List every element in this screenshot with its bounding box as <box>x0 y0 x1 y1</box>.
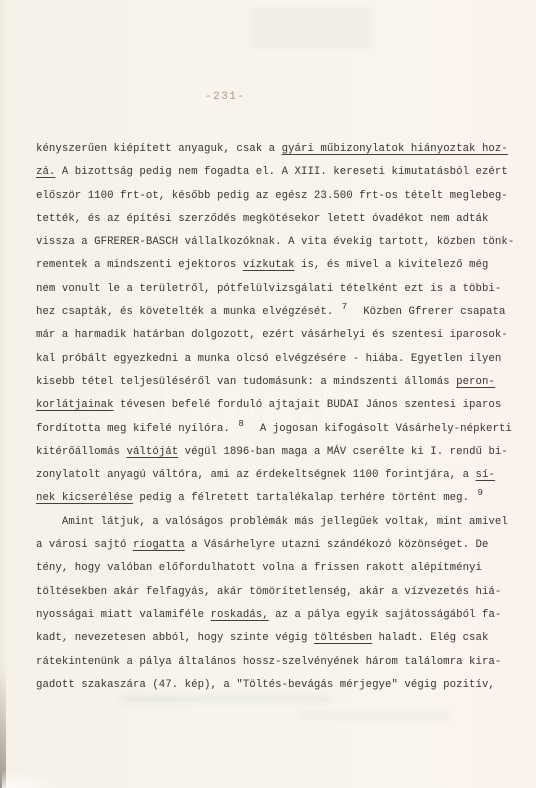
body-text: kényszerűen kiépített anyaguk, csak a <box>36 143 282 155</box>
page-showthrough-mark <box>300 712 450 719</box>
body-text: Közben Gfrerer csapata <box>350 306 505 318</box>
text-line: kényszerűen kiépített anyaguk, csak a gy… <box>36 138 522 161</box>
body-text: zonylatolt anyagú váltóra, ami az érdeke… <box>36 469 476 481</box>
text-line: nem vonult le a területről, pótfelülvizs… <box>36 278 522 301</box>
text-line: korlátjainak tévesen befelé forduló ajta… <box>36 394 522 417</box>
text-line: zonylatolt anyagú váltóra, ami az érdeke… <box>36 464 522 487</box>
body-text: rementek a mindszenti ejektoros <box>36 259 243 271</box>
underlined-text: gyári műbizonylatok hiányoztak hoz- <box>282 143 508 155</box>
text-line: rátekintenünk a pálya általános hossz-sz… <box>36 651 522 674</box>
body-text: kadt, nevezetesen abból, hogy szinte vég… <box>36 632 314 644</box>
underlined-text: peron- <box>456 376 495 388</box>
body-text: először 1100 frt-ot, később pedig az egé… <box>36 190 508 202</box>
text-line: rementek a mindszenti ejektoros vízkutak… <box>36 254 522 277</box>
text-line: nyosságai miatt valamiféle roskadás, az … <box>36 604 522 627</box>
text-line: kadt, nevezetesen abból, hogy szinte vég… <box>36 627 522 650</box>
scanned-page: -231- oslapa.hu kényszerűen kiépített an… <box>0 0 536 788</box>
body-text: a városi sajtó <box>36 539 133 551</box>
underlined-text: riogatta <box>133 539 185 551</box>
text-line: tény, hogy valóban előfordulhatott volna… <box>36 557 522 580</box>
body-text: kisebb tétel teljesüléséről van tudomásu… <box>36 376 456 388</box>
body-text: hez csapták, és követelték a munka elvég… <box>36 306 340 318</box>
footnote-reference: 9 <box>478 482 484 505</box>
body-text: A bizottság pedig nem fogadta el. A XIII… <box>55 166 507 178</box>
body-text: a Vásárhelyre utazni szándékozó közönség… <box>185 539 489 551</box>
underlined-text: roskadás, <box>211 609 269 621</box>
text-line: zá. A bizottság pedig nem fogadta el. A … <box>36 161 522 184</box>
underlined-text: töltésben <box>314 632 372 644</box>
text-line: Amint látjuk, a valóságos problémák más … <box>36 511 522 534</box>
body-text: A jogosan kifogásolt Vásárhely-népkerti <box>247 423 512 435</box>
body-text: az a pálya egyik sajátosságából fa- <box>269 609 502 621</box>
body-text: is, és mivel a kivitelező még <box>295 259 489 271</box>
underlined-text: zá. <box>36 166 55 178</box>
text-line: tették, és az építési szerződés megkötés… <box>36 208 522 231</box>
text-line: nek kicserélése pedig a félretett tartal… <box>36 487 522 510</box>
underlined-text: korlátjainak <box>36 399 114 411</box>
underlined-text: vízkutak <box>243 259 295 271</box>
text-line: először 1100 frt-ot, később pedig az egé… <box>36 185 522 208</box>
body-text: nem vonult le a területről, pótfelülvizs… <box>36 283 501 295</box>
body-text: vissza a GFRERER-BASCH vállalkozóknak. A… <box>36 236 514 248</box>
text-line: hez csapták, és követelték a munka elvég… <box>36 301 522 324</box>
body-text: kitérőállomás <box>36 446 127 458</box>
text-line: kal próbált egyezkedni a munka olcsó elv… <box>36 348 522 371</box>
body-text: már a harmadik határban dolgozott, ezért… <box>36 329 508 341</box>
text-block: kényszerűen kiépített anyaguk, csak a gy… <box>36 138 522 697</box>
body-text: Amint látjuk, a valóságos problémák más … <box>36 516 508 528</box>
page-showthrough-mark <box>250 8 370 48</box>
body-text: töltésekben akár felfagyás, akár tömörít… <box>36 586 501 598</box>
underlined-text: sí- <box>476 469 495 481</box>
page-corner-highlight <box>2 770 62 788</box>
body-text: tévesen befelé forduló ajtajait BUDAI Já… <box>114 399 502 411</box>
text-line: kitérőállomás váltóját végül 1896-ban ma… <box>36 441 522 464</box>
text-line: fordította meg kifelé nyílóra. 8 A jogos… <box>36 418 522 441</box>
scan-edge-shadow <box>0 668 6 788</box>
text-line: töltésekben akár felfagyás, akár tömörít… <box>36 581 522 604</box>
page-number: -231- <box>205 91 246 103</box>
footnote-reference: 7 <box>342 296 348 319</box>
footnote-reference: 8 <box>238 413 244 436</box>
underlined-text: váltóját <box>127 446 179 458</box>
text-line: kisebb tétel teljesüléséről van tudomásu… <box>36 371 522 394</box>
text-line: már a harmadik határban dolgozott, ezért… <box>36 324 522 347</box>
body-text: kal próbált egyezkedni a munka olcsó elv… <box>36 353 501 365</box>
text-line: gadott szakaszára (47. kép), a "Töltés-b… <box>36 674 522 697</box>
body-text: fordította meg kifelé nyílóra. <box>36 423 236 435</box>
text-line: vissza a GFRERER-BASCH vállalkozóknak. A… <box>36 231 522 254</box>
body-text: haladt. Elég csak <box>372 632 488 644</box>
body-text: tény, hogy valóban előfordulhatott volna… <box>36 562 482 574</box>
body-text: végül 1896-ban maga a MÁV cserélte ki I.… <box>178 446 508 458</box>
body-text: gadott szakaszára (47. kép), a "Töltés-b… <box>36 679 495 691</box>
underlined-text: nek kicserélése <box>36 492 133 504</box>
body-text: rátekintenünk a pálya általános hossz-sz… <box>36 656 501 668</box>
body-text: nyosságai miatt valamiféle <box>36 609 211 621</box>
body-text: tették, és az építési szerződés megkötés… <box>36 213 488 225</box>
body-text: pedig a félretett tartalékalap terhére t… <box>133 492 476 504</box>
text-line: a városi sajtó riogatta a Vásárhelyre ut… <box>36 534 522 557</box>
